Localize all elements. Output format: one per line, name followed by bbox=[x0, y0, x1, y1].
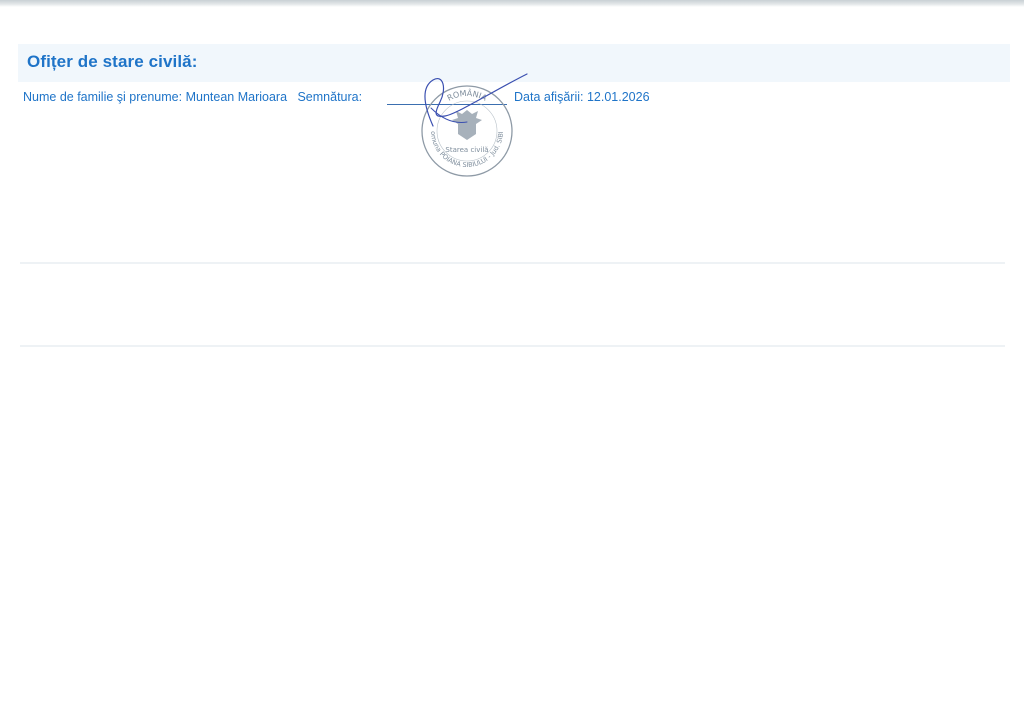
handwritten-signature bbox=[395, 68, 535, 148]
name-label: Nume de familie şi prenume: bbox=[23, 90, 182, 104]
officer-name: Muntean Marioara bbox=[186, 90, 287, 104]
posting-date: 12.01.2026 bbox=[587, 90, 650, 104]
scan-top-edge bbox=[0, 0, 1024, 7]
bleed-through-line bbox=[20, 262, 1005, 264]
officer-name-line: Nume de familie şi prenume: Muntean Mari… bbox=[23, 90, 362, 104]
officer-heading: Ofițer de stare civilă: bbox=[27, 52, 197, 72]
signature-label: Semnătura: bbox=[297, 90, 362, 104]
bleed-through-line bbox=[20, 345, 1005, 347]
